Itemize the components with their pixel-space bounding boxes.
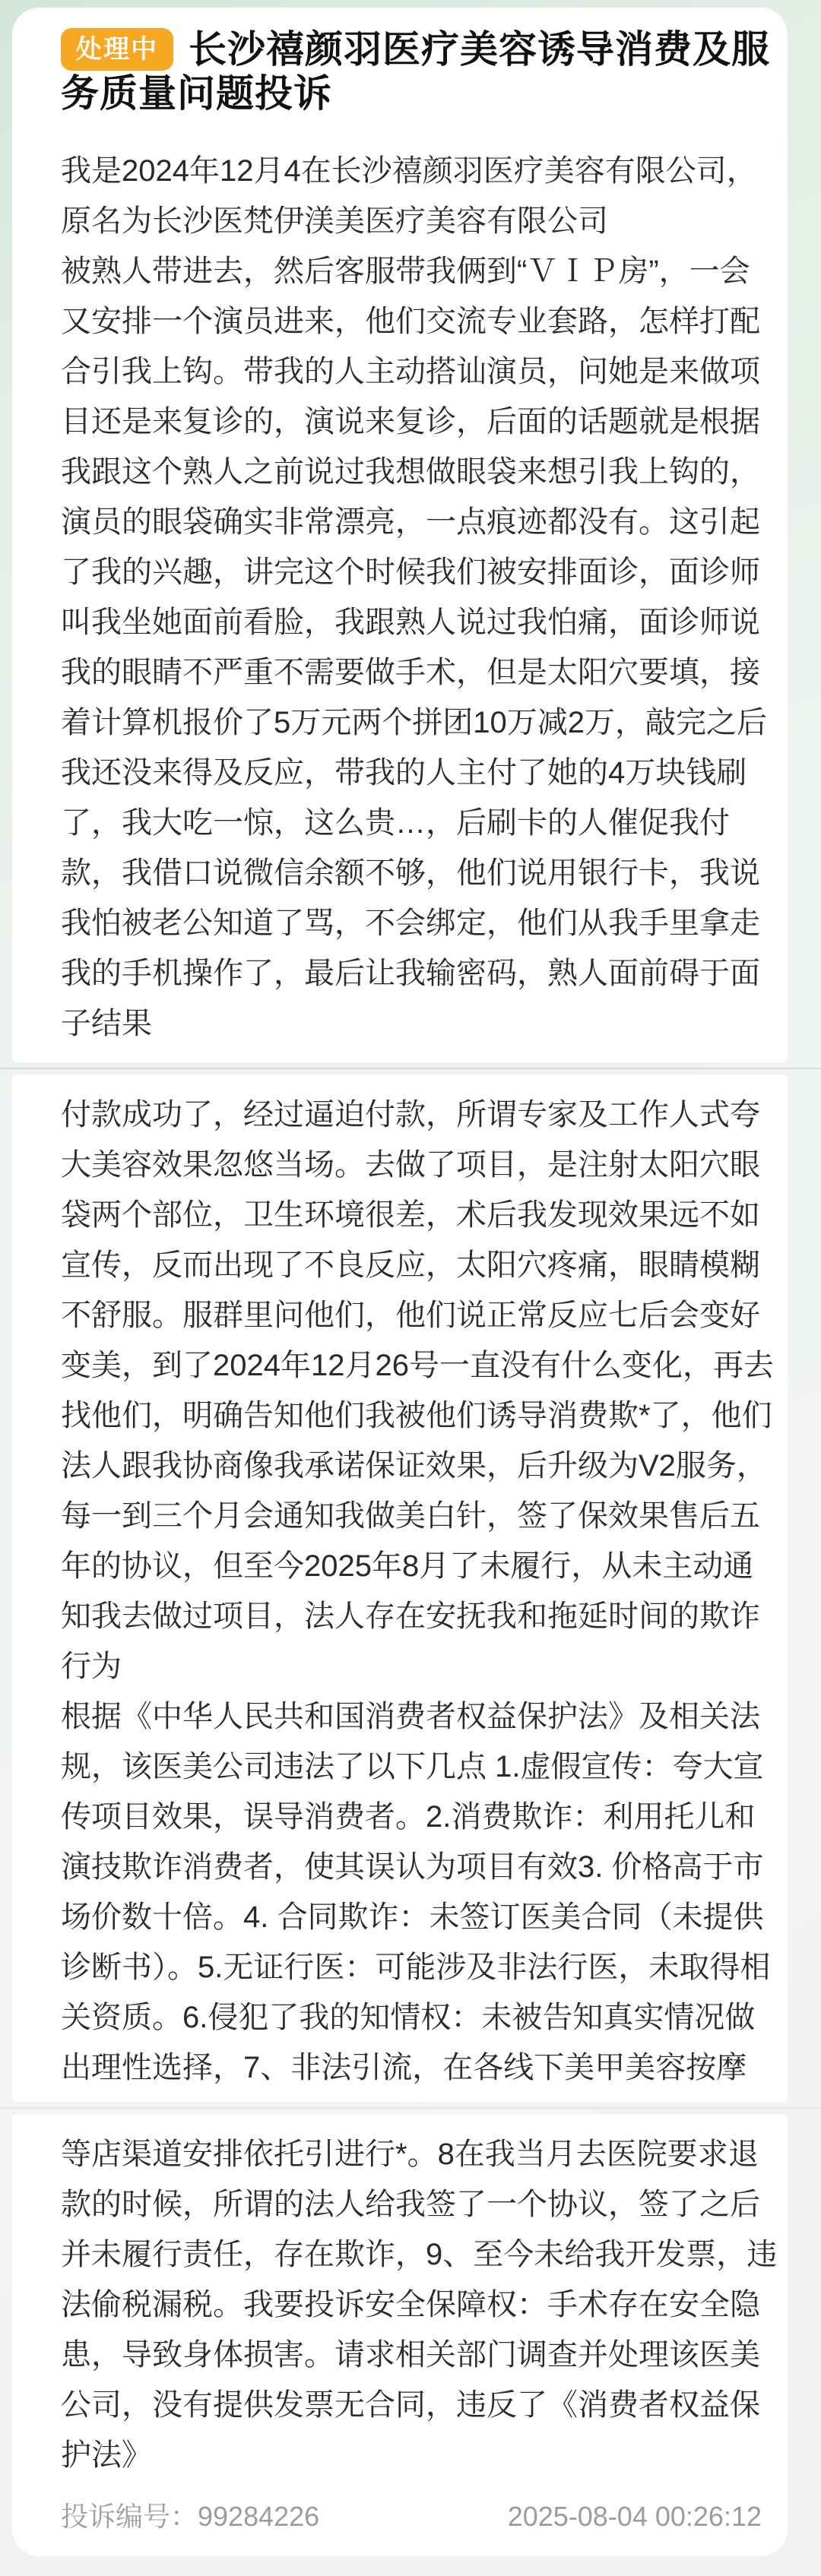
complaint-number-label: 投诉编号： [61,2501,198,2532]
complaint-text-part-1: 我是2024年12月4在长沙禧颜羽医疗美容有限公司，原名为长沙医梵伊渼美医疗美容… [61,146,780,1049]
complaint-text-part-3: 等店渠道安排依托引进行*。8在我当月去医院要求退款的时候，所谓的法人给我签了一个… [61,2129,780,2480]
title-block: 处理中长沙禧颜羽医疗美容诱导消费及服务质量问题投诉 [61,27,780,116]
card-gap [0,2102,821,2114]
complaint-text-part-2: 付款成功了，经过逼迫付款，所谓专家及工作人式夸大美容效果忽悠当场。去做了项目，是… [61,1090,780,2093]
stitch-seam [0,2107,821,2109]
complaint-card-2: 付款成功了，经过逼迫付款，所谓专家及工作人式夸大美容效果忽悠当场。去做了项目，是… [12,1074,788,2102]
complaint-timestamp: 2025-08-04 00:26:12 [508,2500,762,2533]
complaint-page: 处理中长沙禧颜羽医疗美容诱导消费及服务质量问题投诉 我是2024年12月4在长沙… [0,8,821,2556]
complaint-card-1: 处理中长沙禧颜羽医疗美容诱导消费及服务质量问题投诉 我是2024年12月4在长沙… [12,8,788,1062]
complaint-card-3: 等店渠道安排依托引进行*。8在我当月去医院要求退款的时候，所谓的法人给我签了一个… [12,2114,788,2556]
stitch-seam [0,1068,821,1069]
complaint-number: 投诉编号：99284226 [61,2500,319,2533]
status-badge: 处理中 [61,28,173,71]
card-gap [0,1062,821,1074]
complaint-number-value: 99284226 [198,2501,319,2532]
card-footer: 投诉编号：99284226 2025-08-04 00:26:12 [61,2500,780,2533]
